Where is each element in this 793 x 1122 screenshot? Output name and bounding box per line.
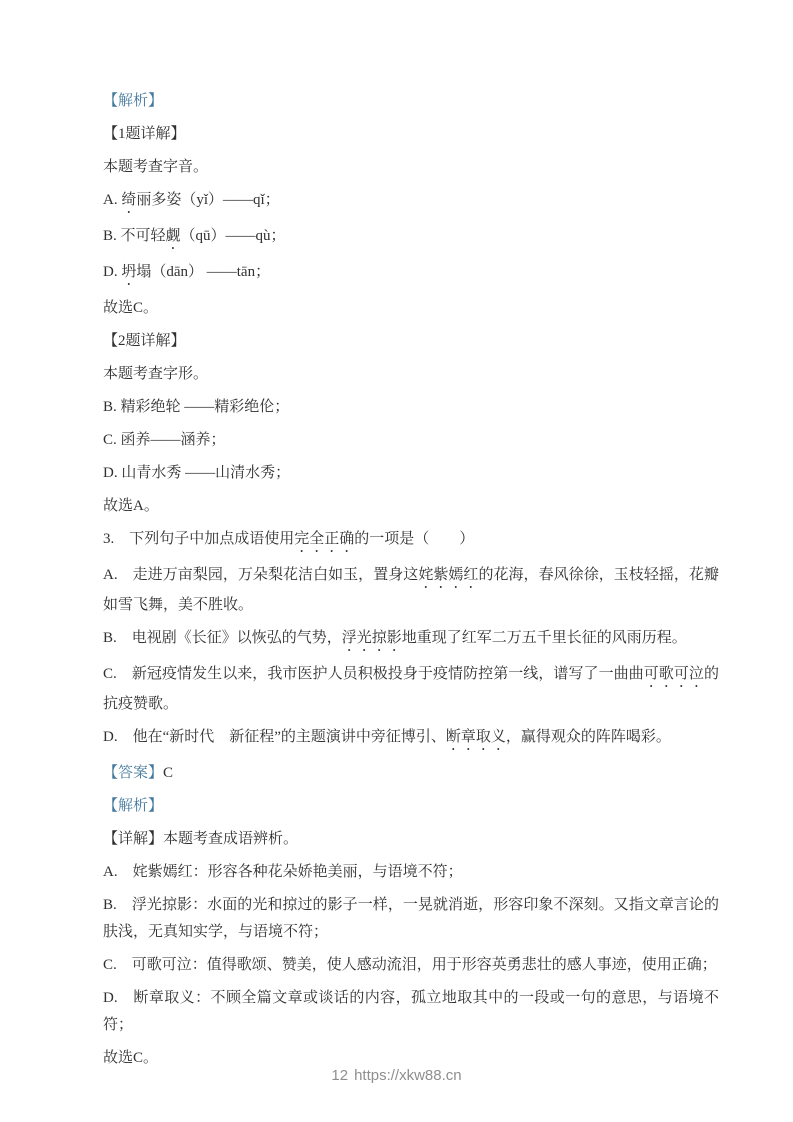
section-label: 【解析】 [103, 93, 163, 109]
q1-conclusion: 故选C。 [103, 295, 719, 322]
text-run: 本题考查字音。 [103, 159, 208, 175]
q1-item-b: B. 不可轻觑（qū）——qù； [103, 223, 719, 253]
text-run: 本题考查字形。 [103, 366, 208, 382]
q1-topic: 本题考查字音。 [103, 154, 719, 181]
text-run: 故选A。 [103, 498, 159, 514]
text-run: B. 浮光掠影：水面的光和掠过的影子一样，一晃就消逝，形容印象不深刻。又指文章言… [103, 897, 719, 940]
text-run: 丽多姿（yǐ）——qǐ； [136, 192, 279, 208]
q2-topic: 本题考查字形。 [103, 361, 719, 388]
text-run: B. 不可轻 [103, 228, 166, 244]
text-run: 故选C。 [103, 1050, 158, 1066]
page-footer: 12https://xkw88.cn [0, 1066, 793, 1086]
q3-option-d: D. 他在“新时代 新征程”的主题演讲中旁征博引、断章取义，赢得观众的阵阵喝彩。 [103, 724, 719, 754]
q3-explain-b: B. 浮光掠影：水面的光和掠过的影子一样，一晃就消逝，形容印象不深刻。又指文章言… [103, 892, 719, 946]
q3-stem: 3. 下列句子中加点成语使用完全正确的一项是（ ） [103, 526, 719, 556]
text-run: A. 姹紫嫣红：形容各种花朵娇艳美丽，与语境不符； [103, 864, 463, 880]
text-run: 【1题详解】 [103, 126, 186, 142]
text-run: 故选C。 [103, 300, 158, 316]
emphasized-phrase: 可歌可泣 [644, 666, 704, 682]
text-run: B. 精彩绝轮 ——精彩绝伦； [103, 399, 289, 415]
text-run: 【2题详解】 [103, 333, 186, 349]
text-run: A. [103, 192, 121, 208]
text-run: D. [103, 264, 121, 280]
q2-detail-header: 【2题详解】 [103, 328, 719, 355]
page-number: 12 [331, 1067, 348, 1084]
footer-url: https://xkw88.cn [354, 1067, 462, 1084]
text-run: C. 新冠疫情发生以来，我市医护人员积极投身于疫情防控第一线，谱写了一曲曲 [103, 666, 644, 682]
text-run: C. 可歌可泣：值得歌颂、赞美，使人感动流泪，用于形容英勇悲壮的感人事迹，使用正… [103, 957, 717, 973]
text-run: D. 他在“新时代 新征程”的主题演讲中旁征博引、 [103, 729, 446, 745]
emphasized-phrase: 觑 [166, 228, 181, 244]
analysis-header: 【解析】 [103, 88, 719, 115]
q1-item-a: A. 绮丽多姿（yǐ）——qǐ； [103, 187, 719, 217]
document-body: 【解析】【1题详解】本题考查字音。A. 绮丽多姿（yǐ）——qǐ；B. 不可轻觑… [103, 88, 719, 1078]
section-label: 【解析】 [103, 798, 163, 814]
q3-option-a: A. 走进万亩梨园，万朵梨花洁白如玉，置身这姹紫嫣红的花海，春风徐徐，玉枝轻摇，… [103, 562, 719, 619]
text-run: C [163, 765, 173, 781]
q2-item-b: B. 精彩绝轮 ——精彩绝伦； [103, 394, 719, 421]
q3-detail: 【详解】本题考查成语辨析。 [103, 826, 719, 853]
q2-item-c: C. 函养——涵养； [103, 427, 719, 454]
text-run: A. 走进万亩梨园，万朵梨花洁白如玉，置身这 [103, 567, 418, 583]
text-run: D. 山青水秀 ——山清水秀； [103, 465, 290, 481]
q3-explain-c: C. 可歌可泣：值得歌颂、赞美，使人感动流泪，用于形容英勇悲壮的感人事迹，使用正… [103, 952, 719, 979]
emphasized-phrase: 断章取义 [446, 729, 506, 745]
text-run: 【详解】本题考查成语辨析。 [103, 831, 298, 847]
q2-conclusion: 故选A。 [103, 493, 719, 520]
emphasized-phrase: 绮 [121, 192, 136, 208]
q1-item-d: D. 坍塌（dān） ——tān； [103, 259, 719, 289]
text-run: 的一项是（ ） [354, 531, 474, 547]
text-run: 塌（dān） ——tān； [136, 264, 270, 280]
section-label: 【答案】 [103, 765, 163, 781]
emphasized-phrase: 姹紫嫣红 [418, 567, 478, 583]
text-run: B. 电视剧《长征》以恢弘的气势， [103, 630, 342, 646]
text-run: C. 函养——涵养； [103, 432, 226, 448]
emphasized-phrase: 坍 [121, 264, 136, 280]
q3-explain-d: D. 断章取义：不顾全篇文章或谈话的内容，孤立地取其中的一段或一句的意思，与语境… [103, 985, 719, 1039]
text-run: D. 断章取义：不顾全篇文章或谈话的内容，孤立地取其中的一段或一句的意思，与语境… [103, 990, 719, 1033]
q3-option-b: B. 电视剧《长征》以恢弘的气势，浮光掠影地重现了红军二万五千里长征的风雨历程。 [103, 625, 719, 655]
emphasized-phrase: 完全正确 [294, 531, 354, 547]
q2-item-d: D. 山青水秀 ——山清水秀； [103, 460, 719, 487]
text-run: （qū）——qù； [181, 228, 286, 244]
text-run: 地重现了红军二万五千里长征的风雨历程。 [402, 630, 687, 646]
q3-answer: 【答案】C [103, 760, 719, 787]
q3-analysis-header: 【解析】 [103, 793, 719, 820]
q1-detail-header: 【1题详解】 [103, 121, 719, 148]
text-run: 3. 下列句子中加点成语使用 [103, 531, 294, 547]
q3-option-c: C. 新冠疫情发生以来，我市医护人员积极投身于疫情防控第一线，谱写了一曲曲可歌可… [103, 661, 719, 718]
text-run: ，赢得观众的阵阵喝彩。 [506, 729, 671, 745]
q3-explain-a: A. 姹紫嫣红：形容各种花朵娇艳美丽，与语境不符； [103, 859, 719, 886]
emphasized-phrase: 浮光掠影 [342, 630, 402, 646]
